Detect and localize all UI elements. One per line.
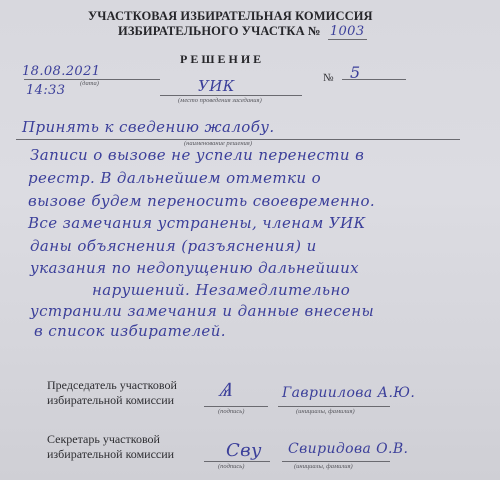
secretary-role-line1: Секретарь участковой: [47, 432, 160, 447]
body-line-8: устранили замечания и данные внесены: [30, 302, 374, 320]
body-line-5: даны объяснения (разъяснения) и: [30, 237, 317, 255]
commission-header-line2: ИЗБИРАТЕЛЬНОГО УЧАСТКА № 1003: [118, 24, 367, 39]
decision-document: УЧАСТКОВАЯ ИЗБИРАТЕЛЬНАЯ КОМИССИЯ ИЗБИРА…: [0, 0, 500, 480]
secretary-name-underline: [282, 461, 390, 462]
chair-signature-caption: (подпись): [218, 408, 244, 415]
secretary-role-line2: избирательной комиссии: [47, 447, 174, 462]
body-line-4: Все замечания устранены, членам УИК: [28, 214, 366, 232]
place-caption: (место проведения заседания): [178, 97, 262, 104]
chair-signature-underline: [204, 406, 268, 407]
body-line-6: указания по недопущению дальнейших: [30, 259, 359, 277]
time-value: 14:33: [26, 83, 65, 98]
number-underline: [342, 79, 406, 80]
secretary-signature-caption: (подпись): [218, 463, 244, 470]
document-title: РЕШЕНИЕ: [180, 52, 264, 67]
body-line-1: Записи о вызове не успели перенести в: [30, 146, 364, 164]
number-label: №: [323, 72, 334, 84]
secretary-signature: Свy: [226, 440, 262, 461]
chair-role-line1: Председатель участковой: [47, 378, 177, 393]
chair-signature: Ѧ: [217, 377, 237, 402]
body-line-9: в список избирателей.: [34, 322, 226, 340]
chair-role-line2: избирательной комиссии: [47, 393, 174, 408]
place-value: УИК: [198, 77, 235, 95]
place-underline: [160, 95, 302, 96]
body-line-3: вызове будем переносить своевременно.: [28, 192, 375, 210]
date-value: 18.08.2021: [22, 64, 100, 79]
body-line-7: нарушений. Незамедлительно: [92, 281, 350, 299]
date-caption: (дата): [80, 80, 99, 87]
chair-name-caption: (инициалы, фамилия): [296, 408, 355, 415]
chair-name-value: Гавриилова А.Ю.: [282, 385, 415, 401]
body-line-2: реестр. В дальнейшем отметки о: [28, 169, 321, 187]
precinct-number: 1003: [328, 24, 367, 40]
secretary-name-value: Свиридова О.В.: [288, 441, 408, 457]
commission-header-line1: УЧАСТКОВАЯ ИЗБИРАТЕЛЬНАЯ КОМИССИЯ: [88, 9, 373, 24]
precinct-label: ИЗБИРАТЕЛЬНОГО УЧАСТКА №: [118, 24, 321, 38]
secretary-name-caption: (инициалы, фамилия): [294, 463, 353, 470]
secretary-signature-underline: [204, 461, 270, 462]
decision-name-value: Принять к сведению жалобу.: [22, 118, 275, 136]
chair-name-underline: [278, 406, 390, 407]
